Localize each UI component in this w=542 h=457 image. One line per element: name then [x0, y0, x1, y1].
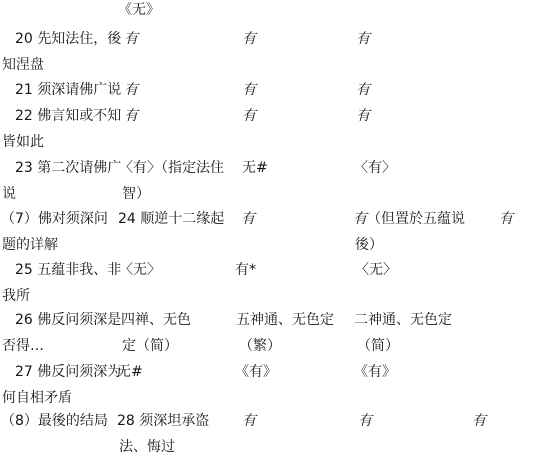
- item-cell-line1: 21 须深请佛广说: [15, 82, 121, 99]
- document-page: 《无》 20 先知法住，後 知涅盘 有 有 有 21 须深请佛广说 有 有 有 …: [0, 0, 542, 457]
- value-cell-1: 无#: [117, 364, 143, 381]
- value-cell-1-line1: 〈有〉（指定法住: [119, 160, 224, 177]
- value-cell-2-line1: 有（但置於五蕴说: [353, 211, 465, 228]
- item-cell-line2: 何自相矛盾: [2, 390, 72, 407]
- value-cell-2: 有: [242, 31, 256, 48]
- item-cell-line1: 23 第二次请佛广: [15, 160, 121, 177]
- item-cell-line1: 28 须深坦承盗: [117, 413, 209, 430]
- item-cell-line1: 27 佛反问须深为: [15, 364, 121, 381]
- value-rest: （但置於五蕴说: [367, 211, 465, 227]
- table-row-26: 26 佛反问须深是 否得… 四禅、无色 定（简） 五神通、无色定 （繁） 二神通…: [0, 312, 542, 364]
- item-cell-line1: 20 先知法住，後: [15, 31, 121, 48]
- section-cell-line1: （7）佛对须深问: [1, 211, 108, 228]
- value-cell-3: 〈无〉: [355, 262, 397, 279]
- value-cell-2: 有: [242, 82, 256, 99]
- value-cell-1: 有: [124, 31, 138, 48]
- item-cell-line1: 26 佛反问须深是: [15, 312, 121, 329]
- value-cell-1: 有: [242, 413, 256, 430]
- table-row-24: （7）佛对须深问 题的详解 24 顺逆十二缘起 有 有（但置於五蕴说 後） 有: [0, 211, 542, 263]
- table-row-20: 20 先知法住，後 知涅盘 有 有 有: [0, 31, 542, 83]
- value-cell-3: 有: [356, 82, 370, 99]
- value-cell-3: 《有》: [354, 364, 396, 381]
- item-cell-line1: 24 顺逆十二缘起: [118, 211, 224, 228]
- item-cell-line2: 法、悔过: [119, 439, 175, 456]
- section-cell-line1: （8）最後的结局: [1, 413, 108, 430]
- value-cell-3-line1: 二神通、无色定: [354, 312, 452, 329]
- value-cell-2: 无#: [242, 160, 268, 177]
- value-cell-3-line2: （简）: [357, 338, 399, 355]
- table-row-header-partial: 《无》: [0, 2, 542, 28]
- item-cell-line1: 22 佛言知或不知: [15, 108, 121, 125]
- value-cell-2-line2: （繁）: [239, 338, 281, 355]
- value-cell-1: 《无》: [118, 2, 160, 19]
- section-cell-line2: 题的详解: [2, 237, 58, 254]
- value-cell-2: 《有》: [235, 364, 277, 381]
- value-cell-1: 有: [124, 82, 138, 99]
- value-em: 有: [353, 211, 367, 227]
- value-cell-2: 有: [242, 108, 256, 125]
- item-cell-line2: 否得…: [2, 338, 44, 355]
- item-cell-line2: 皆如此: [2, 134, 44, 151]
- value-cell-3: 有: [472, 413, 486, 430]
- table-row-21: 21 须深请佛广说 有 有 有: [0, 82, 542, 108]
- value-cell-1-line2: 定（简）: [122, 338, 178, 355]
- value-cell-1: 有: [124, 108, 138, 125]
- value-cell-2: 有: [358, 413, 372, 430]
- value-cell-3: 有: [356, 108, 370, 125]
- value-cell-1-line1: 四禅、无色: [121, 312, 191, 329]
- item-cell-line2: 说: [2, 186, 16, 203]
- value-cell-3: 〈有〉: [354, 160, 396, 177]
- table-row-22: 22 佛言知或不知 皆如此 有 有 有: [0, 108, 542, 160]
- value-cell-3: 有: [356, 31, 370, 48]
- value-cell-3: 有: [499, 211, 513, 228]
- item-cell-line2: 知涅盘: [2, 57, 44, 74]
- table-row-28: （8）最後的结局 28 须深坦承盗 法、悔过 有 有 有: [0, 413, 542, 457]
- table-row-25: 25 五蕴非我、非 我所 〈无〉 有* 〈无〉: [0, 262, 542, 314]
- value-cell-2-line1: 五神通、无色定: [236, 312, 334, 329]
- table-row-27: 27 佛反问须深为 何自相矛盾 无# 《有》 《有》: [0, 364, 542, 416]
- item-cell-line1: 25 五蕴非我、非: [15, 262, 121, 279]
- value-cell-1: 〈无〉: [119, 262, 161, 279]
- value-cell-2-line2: 後）: [355, 237, 383, 254]
- table-row-23: 23 第二次请佛广 说 〈有〉（指定法住 智） 无# 〈有〉: [0, 160, 542, 212]
- value-cell-1-line2: 智）: [122, 186, 150, 203]
- item-cell-line2: 我所: [2, 288, 30, 305]
- value-cell-2: 有*: [235, 262, 256, 279]
- value-cell-1: 有: [241, 211, 255, 228]
